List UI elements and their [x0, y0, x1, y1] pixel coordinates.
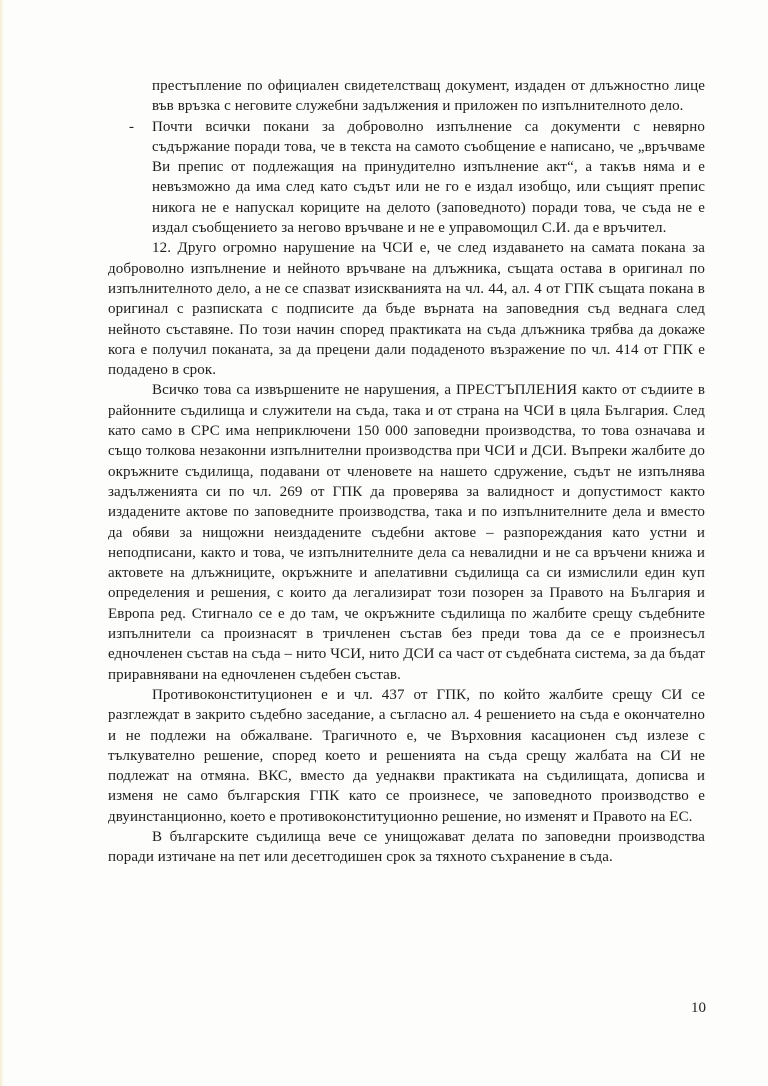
paragraph-vsichko-tova: Всичко това са извършените не нарушения,… [108, 380, 705, 684]
paragraph-protivokonstitucionen: Противоконституционен е и чл. 437 от ГПК… [108, 685, 705, 827]
page-number: 10 [691, 999, 706, 1017]
list-item-continuation: престъпление по официален свидетелстващ … [152, 76, 705, 117]
paragraph-12: 12. Друго огромно нарушение на ЧСИ е, че… [108, 238, 705, 380]
list-block: престъпление по официален свидетелстващ … [108, 76, 705, 238]
paragraph-final: В българските съдилища вече се унищожава… [108, 827, 705, 868]
document-page: престъпление по официален свидетелстващ … [0, 0, 768, 1086]
list-item-text: Почти всички покани за доброволно изпълн… [152, 117, 705, 239]
list-bullet-dash: - [129, 117, 134, 137]
scan-edge-artifact [0, 0, 6, 1086]
list-item: - Почти всички покани за доброволно изпъ… [152, 117, 705, 239]
document-body: престъпление по официален свидетелстващ … [108, 76, 705, 868]
